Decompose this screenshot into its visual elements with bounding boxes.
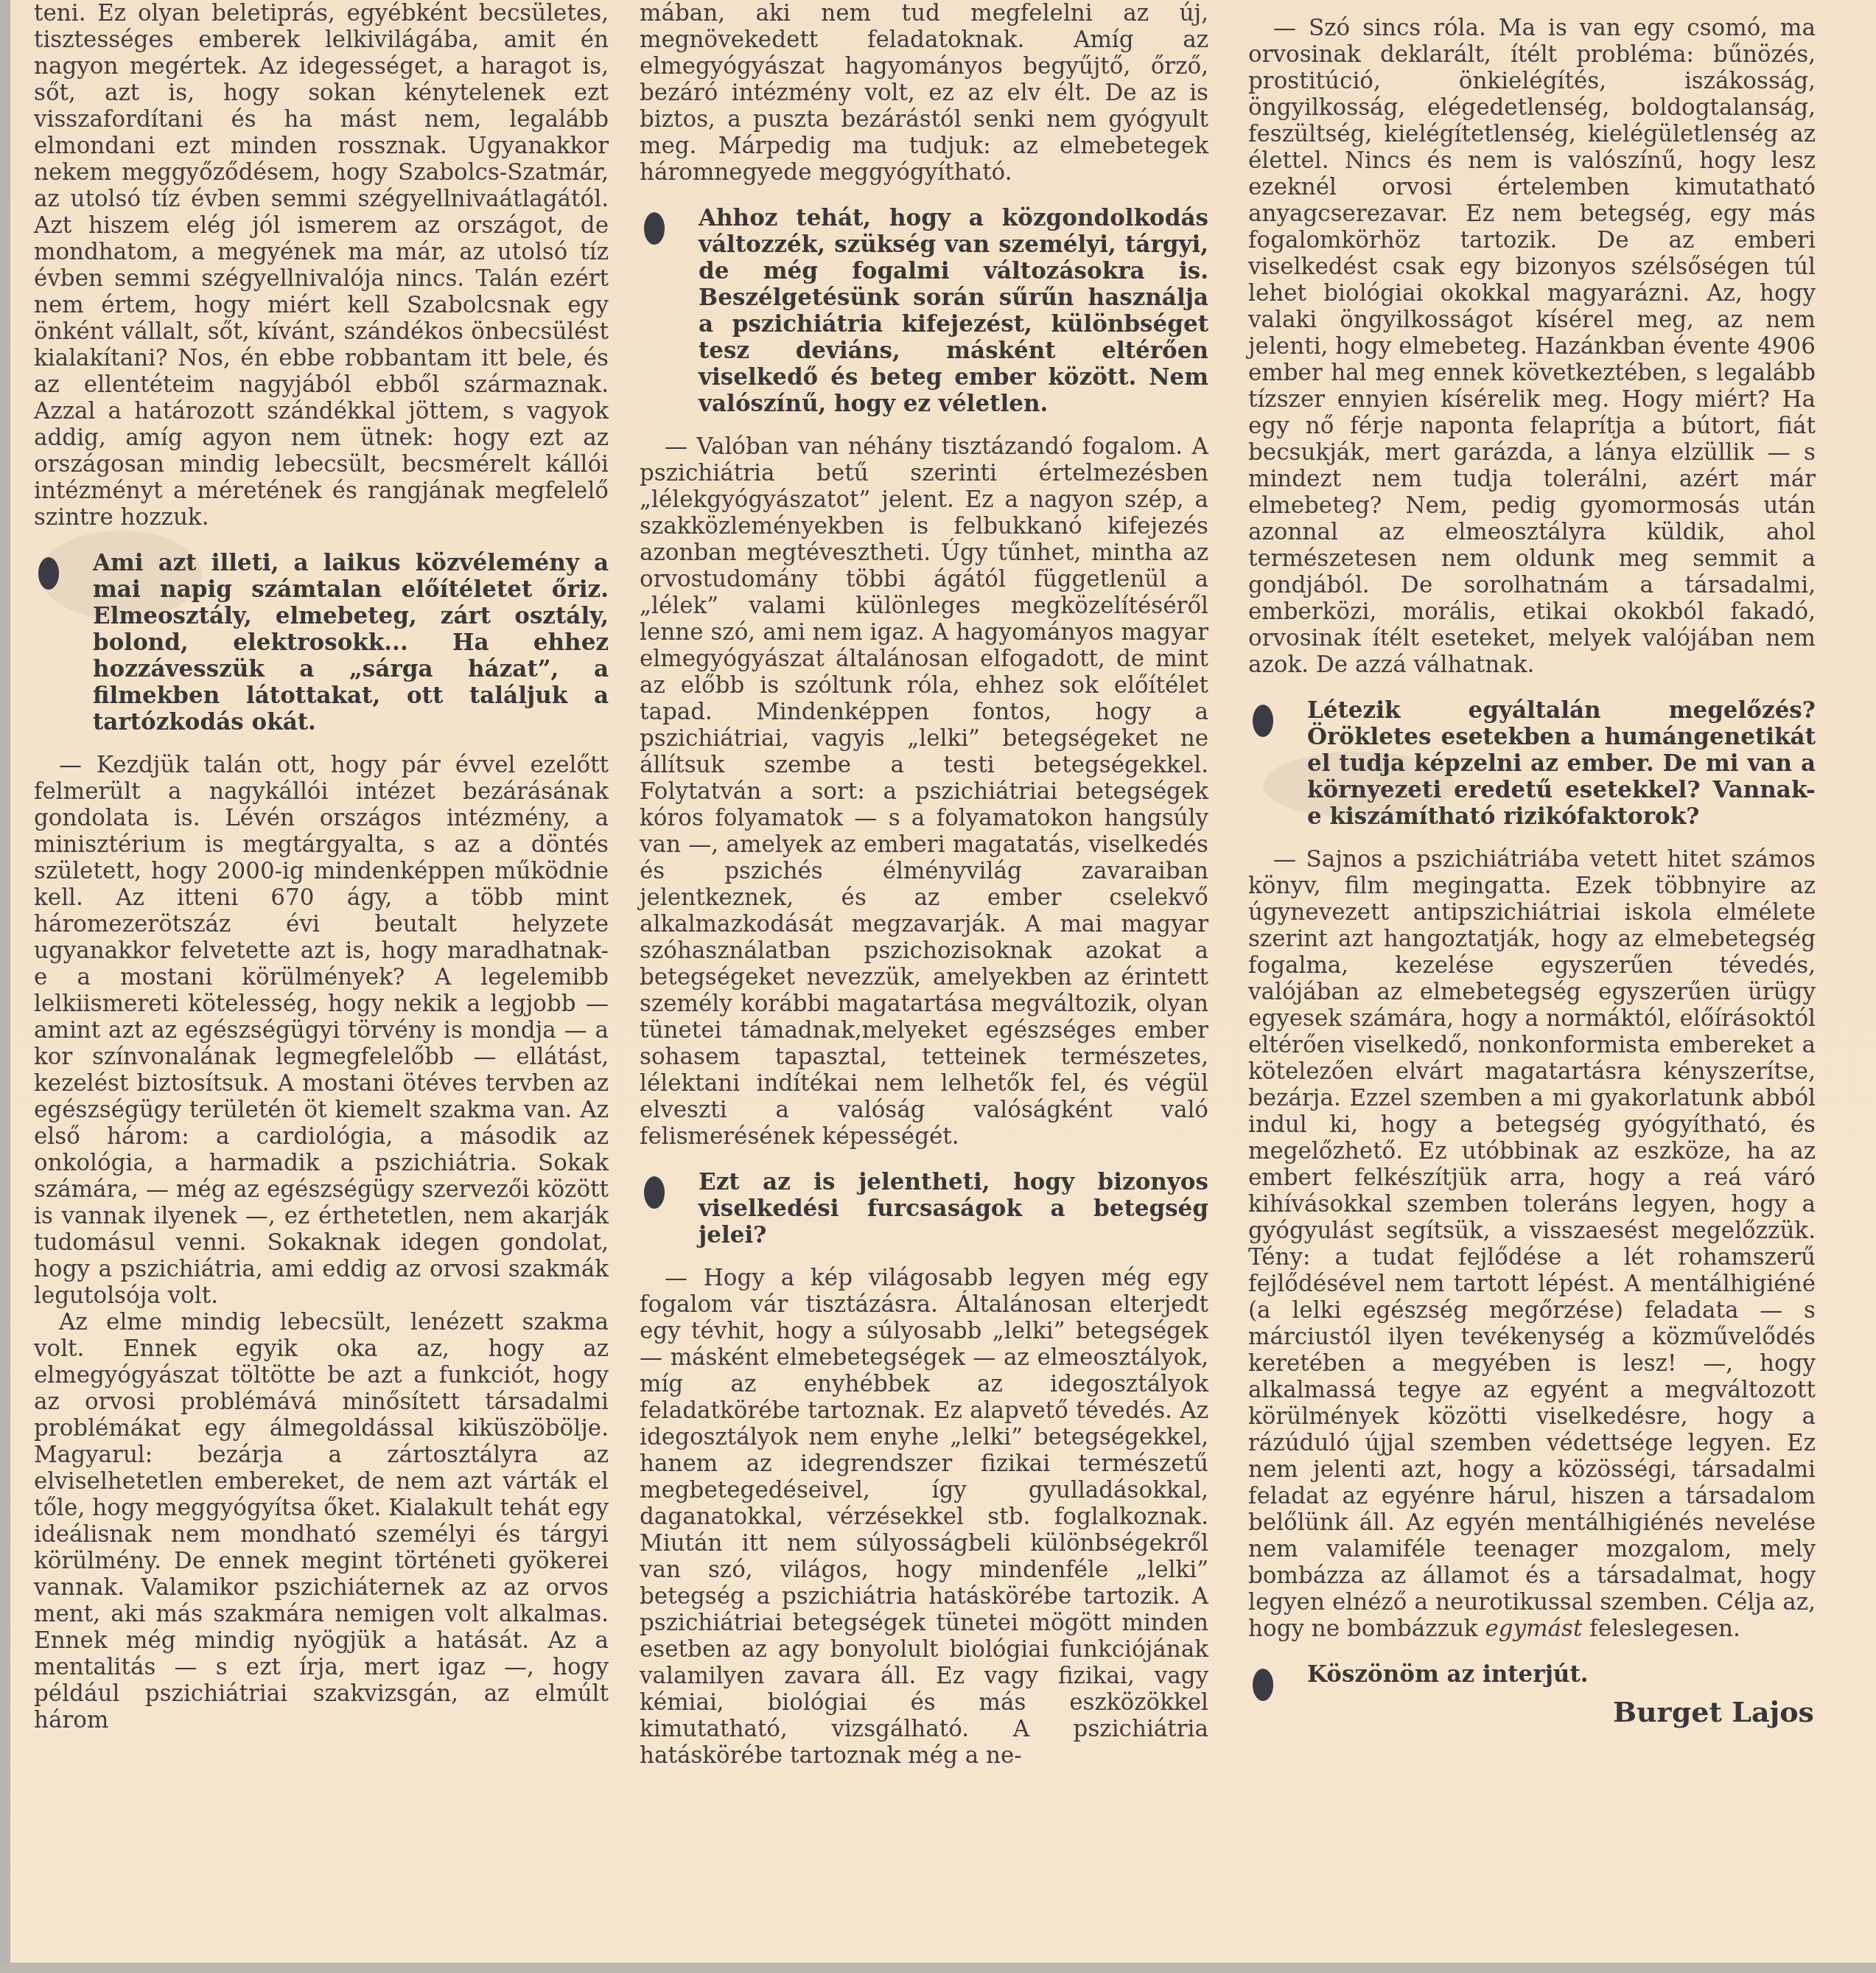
scan-left-edge — [0, 0, 10, 1973]
article-column-1: teni. Ez olyan beletiprás, egyébként bec… — [34, 0, 609, 1733]
paragraph: — Hogy a kép világosabb legyen még egy f… — [640, 1265, 1208, 1769]
bullet-dot-icon — [1253, 1669, 1273, 1701]
bullet-dot-icon — [644, 1176, 665, 1209]
interview-question: Ahhoz tehát, hogy a közgondolkodás válto… — [640, 205, 1208, 417]
paragraph: — Valóban van néhány tisztázandó fogalom… — [640, 433, 1208, 1150]
paragraph: mában, aki nem tud megfelelni az új, meg… — [640, 0, 1208, 186]
article-column-3: — Szó sincs róla. Ma is van egy csomó, m… — [1248, 0, 1816, 1704]
emphasis: egymást — [1485, 1616, 1583, 1642]
paragraph: — Kezdjük talán ott, hogy pár évvel ezel… — [34, 752, 609, 1309]
paragraph-text: — Sajnos a pszichiátriába vetett hitet s… — [1248, 846, 1816, 1642]
question-text: Létezik egyáltalán megelőzés? Örökletes … — [1307, 697, 1816, 830]
question-text: Ami azt illeti, a laikus közvélemény a m… — [93, 550, 609, 736]
interview-closing: Köszönöm az interjút. — [1248, 1661, 1816, 1688]
interview-question: Létezik egyáltalán megelőzés? Örökletes … — [1248, 697, 1816, 830]
paragraph: — Szó sincs róla. Ma is van egy csomó, m… — [1248, 15, 1816, 678]
paragraph: Az elme mindig lebecsült, lenézett szakm… — [34, 1309, 609, 1733]
bullet-dot-icon — [644, 212, 665, 245]
interview-question: Ami azt illeti, a laikus közvélemény a m… — [34, 550, 609, 736]
article-column-2: mában, aki nem tud megfelelni az új, meg… — [640, 0, 1208, 1769]
paragraph: teni. Ez olyan beletiprás, egyébként bec… — [34, 0, 609, 531]
interview-question: Ezt az is jelentheti, hogy bizonyos vise… — [640, 1169, 1208, 1249]
scan-bottom-edge — [0, 1963, 1876, 1973]
paragraph: — Sajnos a pszichiátriába vetett hitet s… — [1248, 846, 1816, 1642]
closing-text: Köszönöm az interjút. — [1307, 1661, 1589, 1688]
author-signature: Burget Lajos — [1613, 1695, 1814, 1728]
bullet-dot-icon — [38, 557, 59, 590]
bullet-dot-icon — [1253, 705, 1273, 737]
question-text: Ezt az is jelentheti, hogy bizonyos vise… — [699, 1169, 1208, 1249]
question-text: Ahhoz tehát, hogy a közgondolkodás válto… — [699, 205, 1208, 417]
paragraph-text: feleslegesen. — [1582, 1616, 1740, 1642]
